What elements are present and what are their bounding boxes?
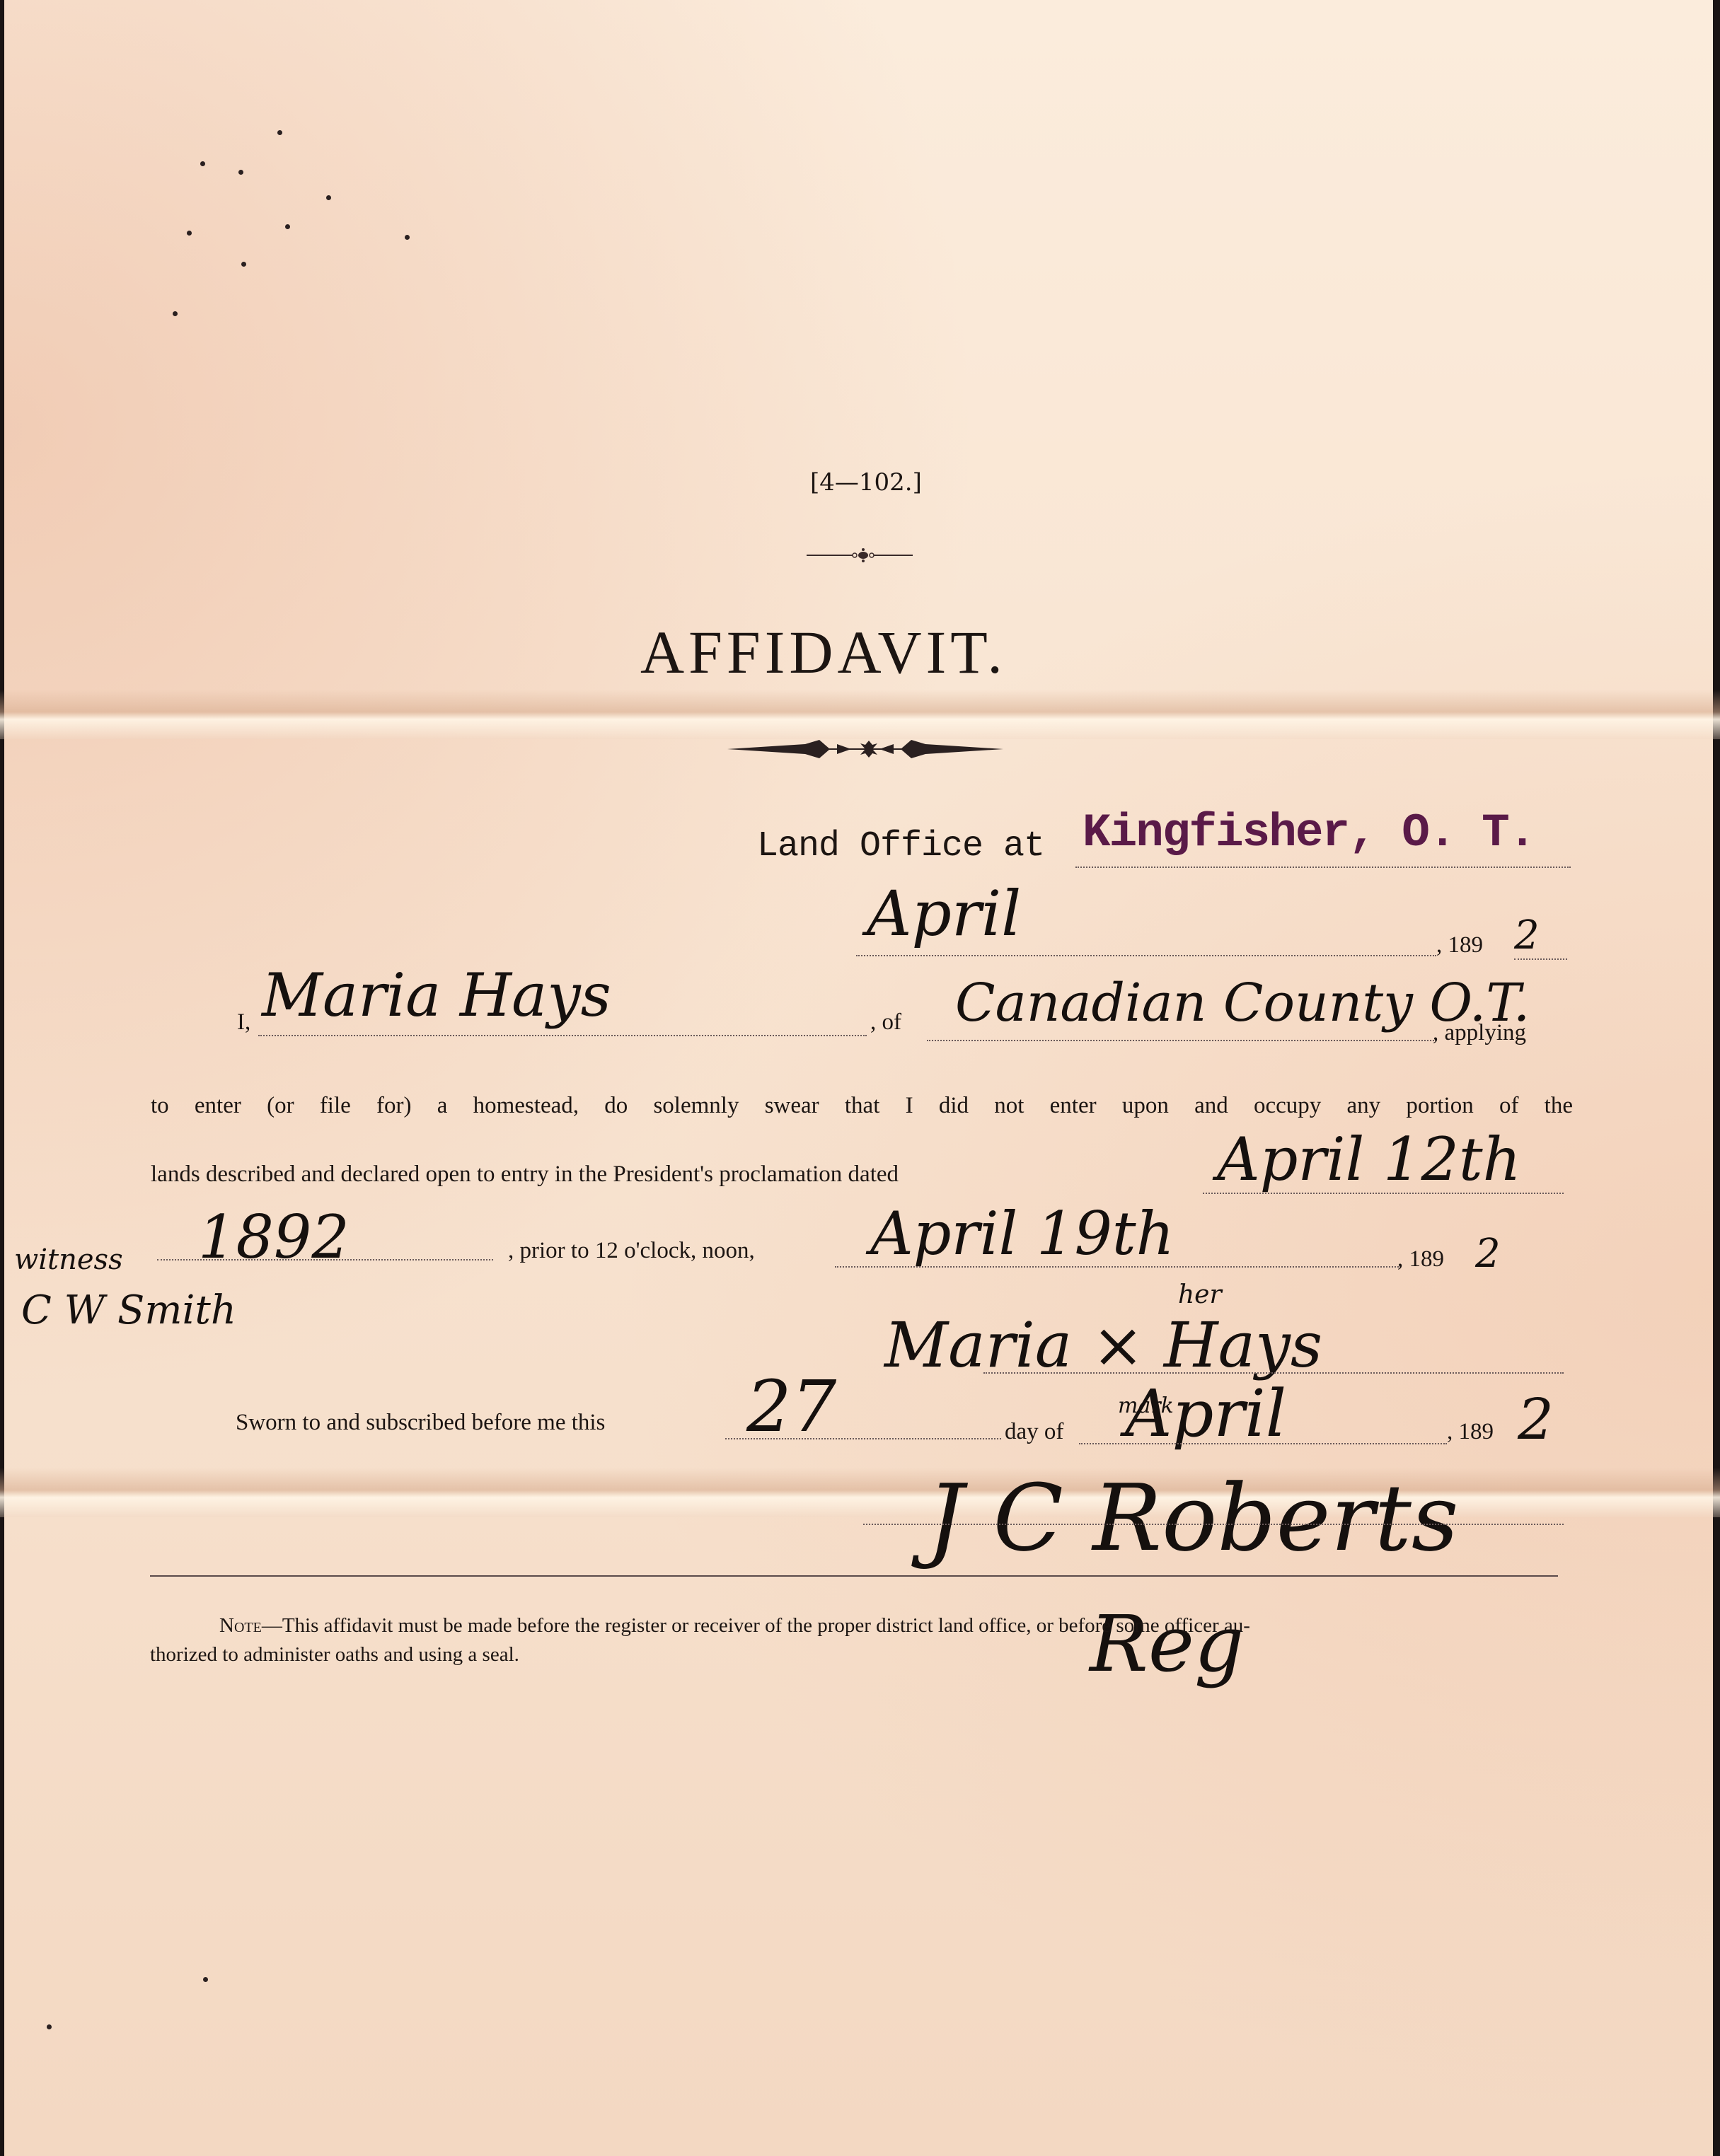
scan-edge-left — [0, 0, 4, 2156]
ornament-divider-small-icon — [807, 548, 920, 562]
paper-fold-lower — [0, 1468, 1720, 1517]
sworn-month-line — [1079, 1443, 1447, 1444]
affiant-name-handwritten: Maria Hays — [262, 961, 611, 1030]
noon-year-suffix-handwritten: 2 — [1475, 1231, 1501, 1277]
proclamation-date-handwritten: April 12th — [1217, 1125, 1521, 1194]
day-of-label: day of — [1005, 1419, 1063, 1445]
county-line — [927, 1040, 1436, 1041]
note-line-2: thorized to administer oaths and using a… — [150, 1643, 519, 1667]
proclamation-year-handwritten: 1892 — [198, 1202, 350, 1272]
date-year-suffix-handwritten: 2 — [1514, 912, 1540, 958]
sworn-year-prefix: , 189 — [1447, 1419, 1494, 1445]
land-office-label: Land Office at — [757, 826, 1044, 867]
noon-year-prefix: , 189 — [1397, 1246, 1444, 1273]
of-label: , of — [870, 1009, 901, 1036]
official-signature-handwritten: J C Roberts — [927, 1464, 1459, 1572]
official-signature-line — [863, 1524, 1564, 1525]
noon-date-line — [835, 1266, 1401, 1268]
paper-background — [0, 0, 1720, 2156]
official-title-handwritten: Reg — [1090, 1599, 1244, 1689]
scan-edge-right — [1713, 0, 1720, 2156]
sworn-prefix: Sworn to and subscribed before me this — [236, 1410, 605, 1436]
horizontal-rule — [150, 1575, 1558, 1577]
affiant-name-line — [258, 1035, 867, 1036]
affiant-signature-handwritten: Maria × Hays — [884, 1309, 1322, 1381]
affiant-prefix: I, — [237, 1009, 250, 1036]
sworn-day-handwritten: 27 — [746, 1365, 836, 1448]
applying-label: , applying — [1433, 1020, 1526, 1046]
note-text-1: —This affidavit must be made before the … — [262, 1614, 1250, 1637]
witness-label-handwritten: witness — [14, 1244, 123, 1276]
date-month-handwritten: April — [867, 877, 1021, 950]
date-line — [856, 955, 1436, 956]
sworn-month-handwritten: April — [1125, 1376, 1286, 1451]
note-lead: Note — [219, 1614, 262, 1637]
body-line-2: lands described and declared open to ent… — [151, 1161, 899, 1188]
document-title: AFFIDAVIT. — [640, 617, 1007, 688]
note-line-1: Note—This affidavit must be made before … — [219, 1614, 1250, 1638]
her-mark-label: her — [1178, 1280, 1222, 1309]
proclamation-date-line — [1203, 1193, 1564, 1194]
ornament-divider-large-icon — [727, 738, 1003, 760]
sworn-day-line — [725, 1438, 1001, 1439]
body-line-1: to enter (or file for) a homestead, do s… — [151, 1093, 1573, 1119]
date-year-line — [1514, 958, 1567, 960]
prior-to-noon-label: , prior to 12 o'clock, noon, — [508, 1238, 755, 1264]
witness-name-handwritten: C W Smith — [21, 1287, 236, 1333]
paper-fold-upper — [0, 690, 1720, 739]
date-year-prefix: , 189 — [1436, 932, 1483, 958]
noon-date-handwritten: April 19th — [870, 1199, 1174, 1268]
proclamation-year-line — [157, 1259, 493, 1260]
affiant-signature-line — [983, 1372, 1564, 1374]
land-office-stamp: Kingfisher, O. T. — [1083, 806, 1535, 859]
form-number: [4—102.] — [810, 468, 922, 497]
sworn-year-suffix-handwritten: 2 — [1518, 1386, 1554, 1452]
land-office-line — [1075, 867, 1571, 868]
